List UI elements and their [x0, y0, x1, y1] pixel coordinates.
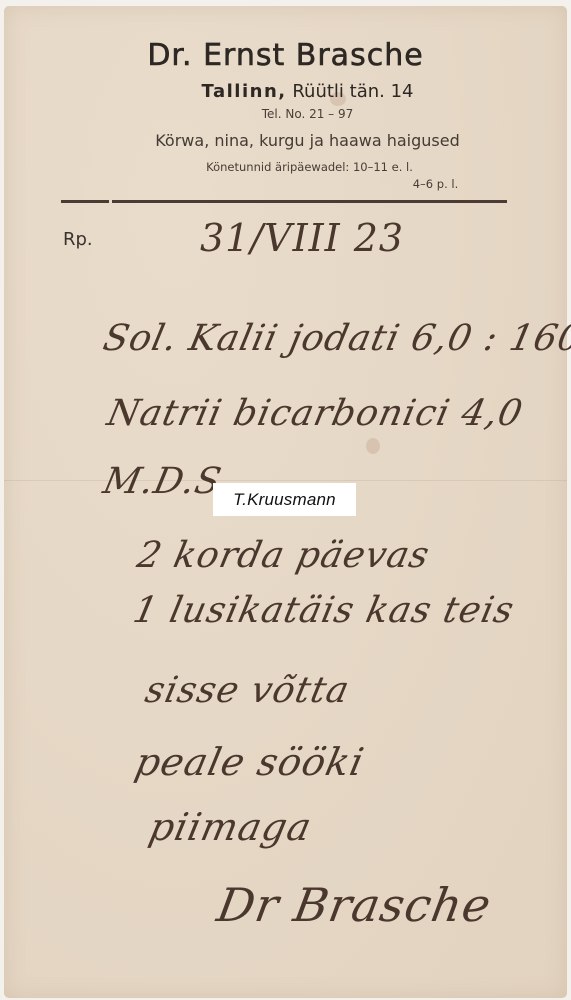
divider-rule-main — [112, 200, 507, 203]
city: Tallinn, — [202, 81, 287, 102]
prescription-line-2: Natrii bicarbonici 4,0 — [104, 393, 527, 434]
specialty: Körwa, nina, kurgu ja haawa haigused — [22, 131, 571, 150]
doctor-name-heading: Dr. Ernst Brasche — [0, 38, 571, 73]
office-hours: Könetunnid äripäewadel: 10–11 e. l. — [24, 160, 571, 174]
prescription-line-8: piimaga — [145, 805, 316, 849]
watermark-text: T.Kruusmann — [233, 490, 336, 510]
paper-stain — [366, 438, 380, 454]
prescription-line-4: 2 korda päevas — [134, 535, 434, 576]
prescription-line-7: peale sööki — [131, 740, 368, 784]
prescription-line-6: sisse võtta — [142, 670, 354, 711]
doctor-signature: Dr Brasche — [213, 878, 495, 932]
rp-label: Rp. — [63, 229, 93, 250]
street-address: Rüütli tän. 14 — [292, 81, 413, 102]
prescription-line-5: 1 lusikatäis kas teis — [130, 590, 518, 631]
address-line: Tallinn, Rüütli tän. 14 — [22, 81, 571, 102]
office-hours-afternoon: 4–6 p. l. — [150, 177, 571, 191]
handwritten-date: 31/VIII 23 — [200, 216, 404, 260]
telephone: Tel. No. 21 – 97 — [22, 107, 571, 121]
watermark-label: T.Kruusmann — [213, 483, 356, 516]
divider-rule-left — [61, 200, 109, 203]
prescription-line-1: Sol. Kalii jodati 6,0 : 160,0 — [100, 318, 571, 359]
